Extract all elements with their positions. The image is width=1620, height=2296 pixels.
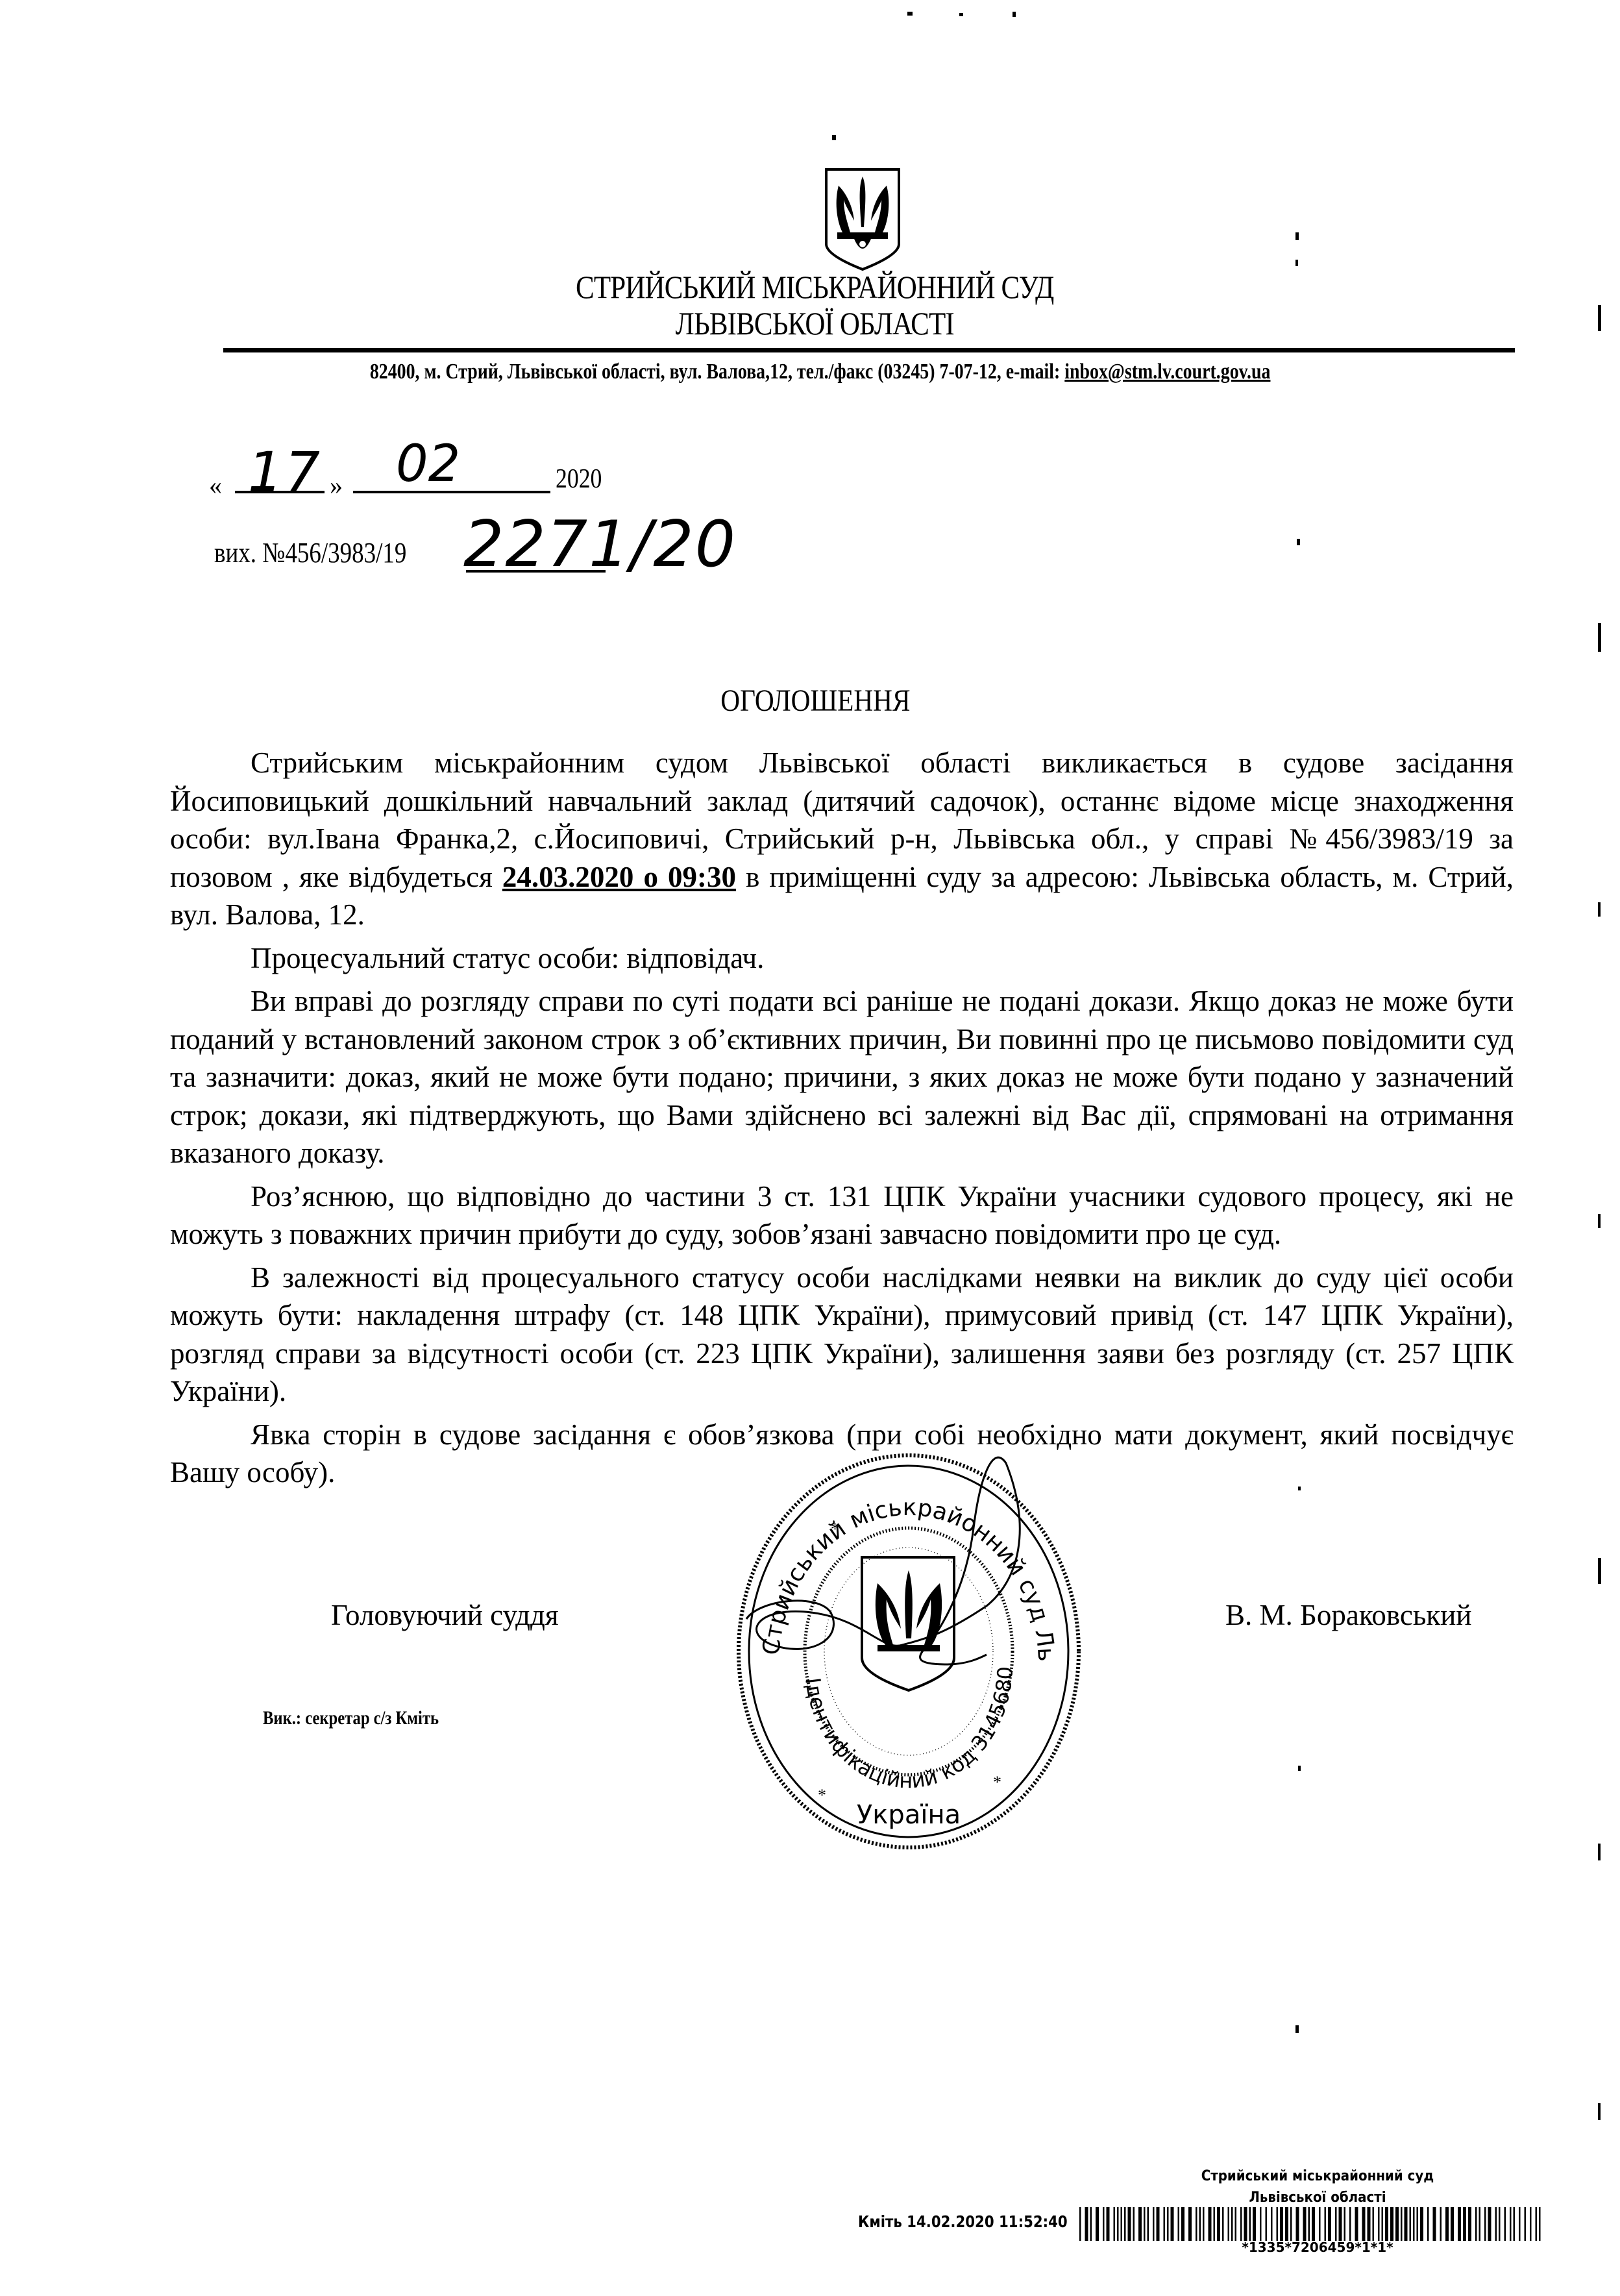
trident-coat-of-arms-icon [824,167,901,271]
outgoing-number: вих. №456/3983/19 2271/20 [209,519,793,591]
barcode-icon [1079,2207,1547,2241]
scan-artifact [1298,1487,1301,1490]
svg-text:*: * [831,1520,839,1538]
open-quote: « [209,470,222,500]
day-underline [235,491,325,493]
announcement-body: Стрийським міськрайонним судом Львівсько… [170,744,1514,1497]
court-name: СТРИЙСЬКИЙ МІСЬКРАЙОННИЙ СУД [118,269,1512,305]
registration-timestamp: Кміть 14.02.2020 11:52:40 [858,2212,1068,2231]
executor-note: Вик.: секретар с/з Кміть [263,1707,439,1729]
judge-name: В. М. Бораковський [1225,1598,1471,1632]
hearing-datetime: 24.03.2020 о 09:30 [502,861,736,893]
barcode-number: *1335*7206459*1*1* [1214,2240,1421,2255]
court-address: 82400, м. Стрий, Львівської області, вул… [156,358,1484,386]
court-region: ЛЬВІВСЬКОЇ ОБЛАСТІ [118,305,1512,341]
paragraph-evidence: Ви вправі до розгляду справи по суті под… [170,982,1514,1172]
handwritten-month: 02 [396,435,460,493]
letter-date: « 17 » 02 2020 [209,454,663,500]
email-link[interactable]: inbox@stm.lv.court.gov.ua [1064,360,1270,384]
address-text: 82400, м. Стрий, Львівської області, вул… [370,360,1064,384]
header-divider [223,348,1515,352]
month-underline [353,491,550,493]
outgoing-underline [466,570,606,573]
scan-artifact [1598,305,1601,331]
scan-artifact [1012,12,1016,17]
scan-artifact [1298,1766,1301,1771]
scan-artifact [959,13,963,16]
svg-text:*: * [818,1786,826,1805]
scan-artifact [1295,260,1298,266]
handwritten-day: 17 [248,440,323,504]
paragraph-consequences: В залежності від процесуального статусу … [170,1259,1514,1411]
paragraph-status: Процесуальний статус особи: відповідач. [170,939,1514,978]
scan-artifact [832,135,836,140]
paragraph-notice: Роз’яснюю, що відповідно до частини 3 ст… [170,1178,1514,1253]
court-seal-stamp: Стрийський міськрайонний суд Львівської … [733,1450,1084,1853]
paragraph-summons: Стрийським міськрайонним судом Львівсько… [170,744,1514,934]
scan-artifact [907,12,913,16]
scan-artifact [1598,902,1601,917]
scan-artifact [1598,1844,1601,1860]
judge-position: Головуючий суддя [331,1598,559,1632]
close-quote: » [330,470,343,500]
svg-text:*: * [993,1773,1001,1792]
stamp-trident-icon [862,1557,954,1690]
date-year: 2020 [556,463,602,495]
stamp-country: Україна [857,1800,961,1830]
registration-court-region: Львівської області [1172,2190,1464,2206]
scan-artifact [1598,623,1601,652]
scan-artifact [1598,1214,1601,1228]
scan-artifact [1598,1558,1601,1584]
registration-court-name: Стрийський міськрайонний суд [1172,2169,1464,2184]
scan-artifact [1598,2103,1601,2120]
scan-artifact [1295,2025,1299,2033]
document-title: ОГОЛОШЕННЯ [119,683,1512,719]
outgoing-label: вих. №456/3983/19 [214,536,406,569]
scan-artifact [1297,539,1300,545]
scan-artifact [1295,232,1299,240]
